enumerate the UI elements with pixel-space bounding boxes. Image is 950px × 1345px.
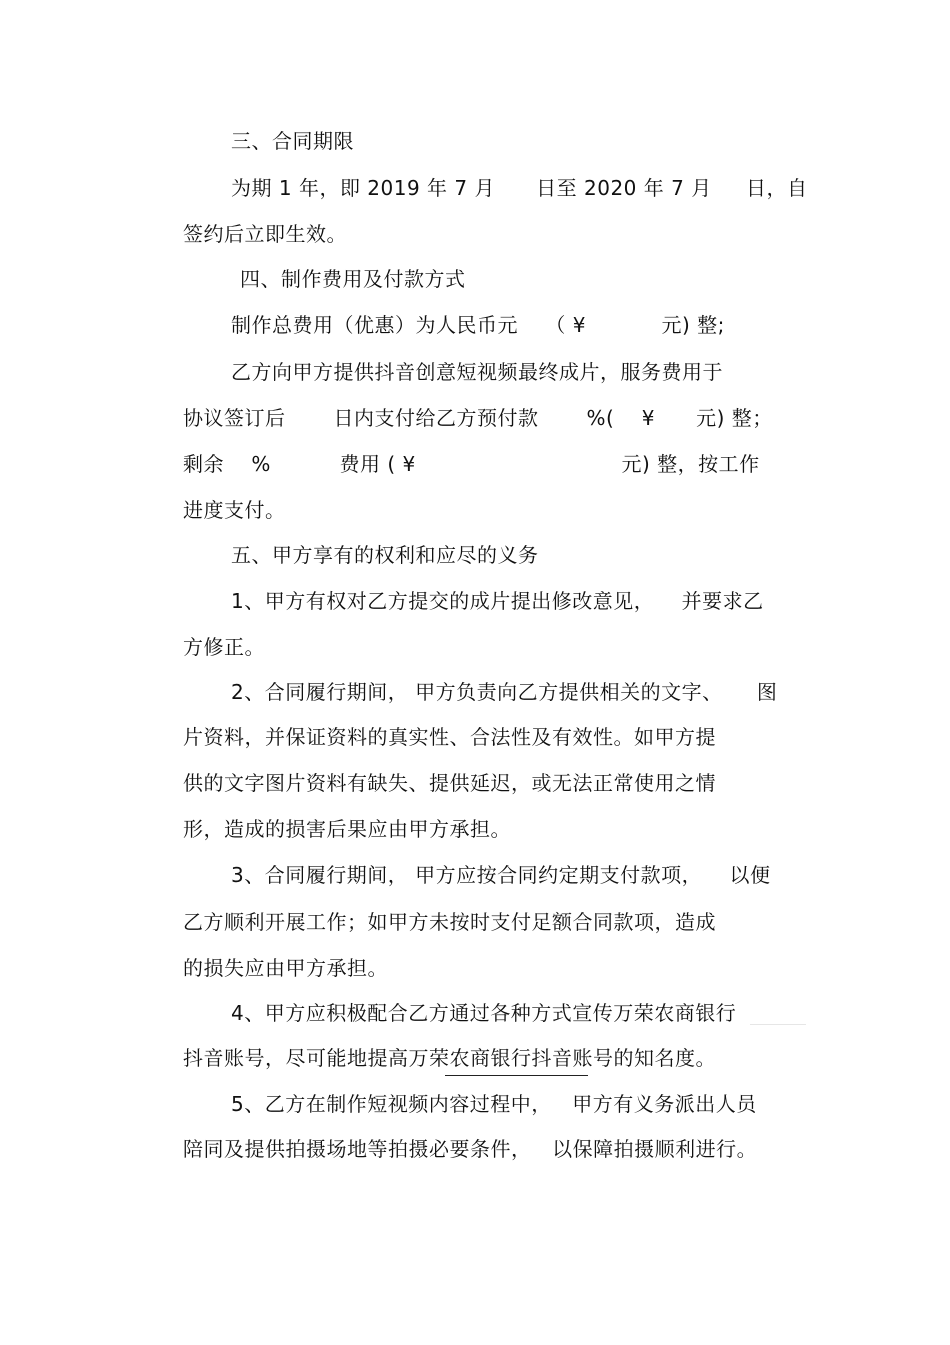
paragraph-line: 乙方向甲方提供抖音创意短视频最终成片，服务费用于 xyxy=(231,360,723,384)
faint-rule xyxy=(750,1024,806,1025)
paragraph-line: 片资料，并保证资料的真实性、合法性及有效性。如甲方提 xyxy=(183,725,716,749)
paragraph-line: 的损失应由甲方承担。 xyxy=(183,956,388,980)
paragraph-line: 乙方顺利开展工作；如甲方未按时支付足额合同款项，造成 xyxy=(183,910,716,934)
section-heading: 三、合同期限 xyxy=(231,129,354,153)
paragraph-line: 进度支付。 xyxy=(183,498,286,522)
paragraph-line: 形，造成的损害后果应由甲方承担。 xyxy=(183,817,511,841)
paragraph-line: 为期 1 年，即 2019 年 7 月 日至 2020 年 7 月 日，自 xyxy=(231,176,807,200)
underline xyxy=(445,1075,588,1076)
paragraph-line: 协议签订后 日内支付给乙方预付款 %( ¥ 元) 整； xyxy=(183,406,773,430)
paragraph-line: 剩余 % 费用 ( ¥ 元) 整，按工作 xyxy=(183,452,760,476)
paragraph-line: 3、合同履行期间， 甲方应按合同约定期支付款项， 以便 xyxy=(231,863,771,887)
paragraph-line: 1、甲方有权对乙方提交的成片提出修改意见， 并要求乙 xyxy=(231,589,764,613)
paragraph-line: 签约后立即生效。 xyxy=(183,222,347,246)
paragraph-line: 4、甲方应积极配合乙方通过各种方式宣传万荣农商银行 xyxy=(231,1001,736,1025)
section-heading: 五、甲方享有的权利和应尽的义务 xyxy=(231,543,539,567)
paragraph-line: 抖音账号，尽可能地提高万荣农商银行抖音账号的知名度。 xyxy=(183,1046,716,1070)
paragraph-line: 方修正。 xyxy=(183,635,265,659)
paragraph-line: 5、乙方在制作短视频内容过程中， 甲方有义务派出人员 xyxy=(231,1092,757,1116)
section-heading: 四、制作费用及付款方式 xyxy=(240,267,466,291)
paragraph-line: 供的文字图片资料有缺失、提供延迟，或无法正常使用之情 xyxy=(183,771,716,795)
paragraph-line: 2、合同履行期间， 甲方负责向乙方提供相关的文字、 图 xyxy=(231,680,777,704)
paragraph-line: 制作总费用（优惠）为人民币元 （ ¥ 元) 整; xyxy=(231,313,725,337)
paragraph-line: 陪同及提供拍摄场地等拍摄必要条件， 以保障拍摄顺利进行。 xyxy=(183,1137,757,1161)
